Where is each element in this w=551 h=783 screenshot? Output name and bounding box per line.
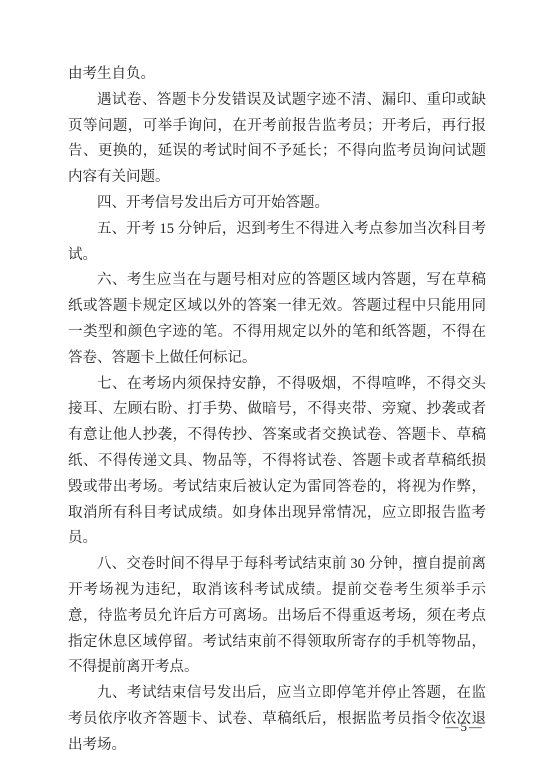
paragraph: 遇试卷、答题卡分发错误及试题字迹不清、漏印、重印或缺页等问题，可举手询问，在开考… (68, 88, 486, 191)
page-number: —5— (446, 719, 485, 735)
paragraph: 五、开考 15 分钟后，迟到考生不得进入考点参加当次科目考试。 (68, 217, 486, 269)
paragraph: 四、开考信号发出后方可开始答题。 (68, 191, 486, 217)
document-page: 由考生自负。遇试卷、答题卡分发错误及试题字迹不清、漏印、重印或缺页等问题，可举手… (0, 0, 551, 783)
paragraph: 九、考试结束信号发出后，应当立即停笔并停止答题，在监考员依序收齐答题卡、试卷、草… (68, 681, 486, 758)
paragraph: 八、交卷时间不得早于每科考试结束前 30 分钟，擅自提前离开考场视为违纪，取消该… (68, 552, 486, 681)
paragraph: 六、考生应当在与题号相对应的答题区域内答题，写在草稿纸或答题卡规定区域以外的答案… (68, 268, 486, 371)
paragraph: 七、在考场内须保持安静，不得吸烟，不得喧哗，不得交头接耳、左顾右盼、打手势、做暗… (68, 372, 486, 553)
paragraph: 由考生自负。 (68, 62, 486, 88)
document-body-text: 由考生自负。遇试卷、答题卡分发错误及试题字迹不清、漏印、重印或缺页等问题，可举手… (68, 62, 486, 759)
